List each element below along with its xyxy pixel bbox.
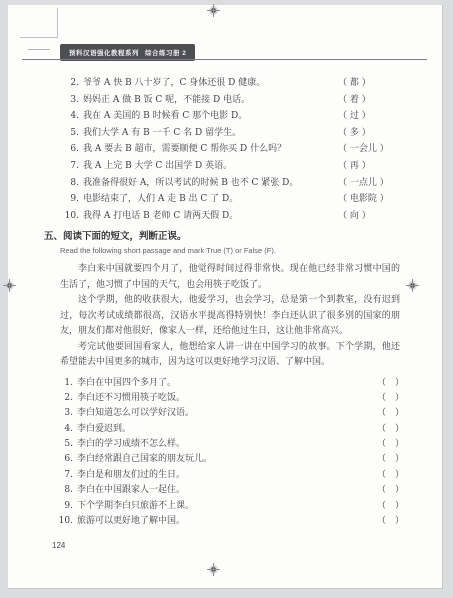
answer-blank: （ ） xyxy=(377,451,404,464)
tf-question: 1. 李白在中国四个多月了。 （ ） xyxy=(58,375,404,390)
item-number: 9. xyxy=(64,194,79,204)
question-text: 李白在中国四个多月了。 xyxy=(77,375,377,388)
question-text: 李白的学习成绩不怎么样。 xyxy=(77,436,377,449)
item-number: 3. xyxy=(64,95,79,105)
exercise-item: 3. 妈妈正 A 做 B 饭 C 呢，不能接 D 电话。 （ 着 ） xyxy=(64,92,408,109)
tf-question: 5. 李白的学习成绩不怎么样。 （ ） xyxy=(58,436,404,451)
answer-blank: （ ） xyxy=(377,498,404,511)
item-answer-word: （ 多 ） xyxy=(338,125,408,138)
item-text: 我准备得很好 A，所以考试的时候 B 也不 C 紧张 D。 xyxy=(83,175,338,188)
answer-blank: （ ） xyxy=(377,436,404,449)
item-number: 6. xyxy=(64,144,79,154)
question-number: 2. xyxy=(58,393,73,403)
item-text: 妈妈正 A 做 B 饭 C 呢，不能接 D 电话。 xyxy=(83,92,338,105)
registration-mark-right xyxy=(410,283,415,288)
item-number: 7. xyxy=(64,161,79,171)
item-answer-word: （ 一点儿 ） xyxy=(338,175,408,188)
question-text: 李白知道怎么可以学好汉语。 xyxy=(77,405,377,418)
exercise-item: 6. 我 A 要去 B 超市，需要顺便 C 帮你买 D 什么吗？ （ 一会儿 ） xyxy=(64,141,408,158)
item-number: 2. xyxy=(64,78,79,88)
tf-question: 9. 下个学期李白只旅游不上课。 （ ） xyxy=(58,498,404,513)
exercise-item: 9. 电影结束了，人们 A 走 B 出 C 了 D。 （ 电影院 ） xyxy=(64,191,408,208)
exercise-item: 4. 我在 A 美国的 B 时候看 C 那个电影 D。 （ 过 ） xyxy=(64,108,408,125)
section-title: 五、阅读下面的短文，判断正误。 xyxy=(44,228,408,242)
tf-question: 8. 李白在中国跟家人一起住。 （ ） xyxy=(58,482,404,497)
scanned-workbook-page: { "header": { "series": "预科汉语强化教程系列", "v… xyxy=(0,0,453,598)
blank-filling-exercise-list: 2. 爷爷 A 快 B 八十岁了，C 身体还很 D 健康。 （ 都 ） 3. 妈… xyxy=(64,75,408,224)
section-instruction-english: Read the following short passage and mar… xyxy=(60,246,408,255)
exercise-item: 2. 爷爷 A 快 B 八十岁了，C 身体还很 D 健康。 （ 都 ） xyxy=(64,75,408,92)
item-text: 我得 A 打电话 B 老师 C 请两天假 D。 xyxy=(83,208,338,221)
question-number: 5. xyxy=(58,439,73,449)
exercise-item: 8. 我准备得很好 A，所以考试的时候 B 也不 C 紧张 D。 （ 一点儿 ） xyxy=(64,175,408,192)
question-number: 3. xyxy=(58,408,73,418)
crop-mark-horizontal xyxy=(20,37,58,38)
question-text: 李白经常跟自己国家的朋友玩儿。 xyxy=(77,451,377,464)
question-number: 8. xyxy=(58,485,73,495)
series-title: 预科汉语强化教程系列 xyxy=(69,48,139,57)
answer-blank: （ ） xyxy=(377,482,404,495)
tf-question: 4. 李白爱迟到。 （ ） xyxy=(58,421,404,436)
answer-blank: （ ） xyxy=(377,405,404,418)
crop-mark-vertical xyxy=(57,8,58,38)
question-number: 7. xyxy=(58,470,73,480)
tf-question: 7. 李白是和朋友们过的生日。 （ ） xyxy=(58,467,404,482)
item-answer-word: （ 着 ） xyxy=(338,92,408,105)
true-false-question-list: 1. 李白在中国四个多月了。 （ ） 2. 李白还不习惯用筷子吃饭。 （ ） 3… xyxy=(58,375,404,529)
item-answer-word: （ 向 ） xyxy=(338,208,408,221)
answer-blank: （ ） xyxy=(377,390,404,403)
tf-question: 10. 旅游可以更好地了解中国。 （ ） xyxy=(58,513,404,528)
tf-question: 3. 李白知道怎么可以学好汉语。 （ ） xyxy=(58,405,404,420)
item-answer-word: （ 电影院 ） xyxy=(338,191,408,204)
registration-mark-top xyxy=(211,8,216,13)
answer-blank: （ ） xyxy=(377,467,404,480)
question-text: 旅游可以更好地了解中国。 xyxy=(77,513,377,526)
volume-title: 综合练习册 2 xyxy=(145,48,186,57)
page-number: 124 xyxy=(52,541,65,550)
question-number: 9. xyxy=(58,501,73,511)
exercise-item: 5. 我们大学 A 有 B 一千 C 名 D 留学生。 （ 多 ） xyxy=(64,125,408,142)
crop-mark-dash xyxy=(28,49,50,50)
question-text: 下个学期李白只旅游不上课。 xyxy=(77,498,377,511)
header-rule xyxy=(22,59,427,60)
passage-paragraph-2: 这个学期，他的收获很大，他爱学习，也会学习，总是第一个到教室，没有迟到过，每次考… xyxy=(60,293,400,340)
book-page: 预科汉语强化教程系列 综合练习册 2 2. 爷爷 A 快 B 八十岁了，C 身体… xyxy=(8,5,443,589)
registration-mark-bottom xyxy=(211,567,216,572)
item-text: 我们大学 A 有 B 一千 C 名 D 留学生。 xyxy=(83,125,338,138)
question-text: 李白是和朋友们过的生日。 xyxy=(77,467,377,480)
item-answer-word: （ 过 ） xyxy=(338,108,408,121)
item-number: 4. xyxy=(64,111,79,121)
answer-blank: （ ） xyxy=(377,375,404,388)
item-number: 5. xyxy=(64,128,79,138)
item-text: 爷爷 A 快 B 八十岁了，C 身体还很 D 健康。 xyxy=(83,75,338,88)
item-text: 电影结束了，人们 A 走 B 出 C 了 D。 xyxy=(83,191,338,204)
item-text: 我 A 要去 B 超市，需要顺便 C 帮你买 D 什么吗？ xyxy=(83,141,338,154)
passage-paragraph-3: 考完试他要回国看家人，他想给家人讲一讲在中国学习的故事。下个学期，他还希望能去中… xyxy=(60,340,400,371)
item-answer-word: （ 再 ） xyxy=(338,158,408,171)
exercise-item: 10. 我得 A 打电话 B 老师 C 请两天假 D。 （ 向 ） xyxy=(64,208,408,225)
item-text: 我在 A 美国的 B 时候看 C 那个电影 D。 xyxy=(83,108,338,121)
answer-blank: （ ） xyxy=(377,421,404,434)
question-text: 李白还不习惯用筷子吃饭。 xyxy=(77,390,377,403)
question-text: 李白在中国跟家人一起住。 xyxy=(77,482,377,495)
item-number: 8. xyxy=(64,178,79,188)
question-number: 10. xyxy=(58,516,73,526)
passage-paragraph-1: 李白来中国就要四个月了，他觉得时间过得非常快。现在他已经非常习惯中国的生活了，他… xyxy=(60,262,400,293)
reading-passage: 李白来中国就要四个月了，他觉得时间过得非常快。现在他已经非常习惯中国的生活了，他… xyxy=(60,262,400,371)
tf-question: 2. 李白还不习惯用筷子吃饭。 （ ） xyxy=(58,390,404,405)
section-five-reading: 五、阅读下面的短文，判断正误。 Read the following short… xyxy=(44,228,408,528)
item-answer-word: （ 都 ） xyxy=(338,75,408,88)
answer-blank: （ ） xyxy=(377,513,404,526)
question-number: 6. xyxy=(58,454,73,464)
item-answer-word: （ 一会儿 ） xyxy=(338,141,408,154)
question-number: 1. xyxy=(58,378,73,388)
item-text: 我 A 上完 B 大学 C 出国学 D 英语。 xyxy=(83,158,338,171)
question-text: 李白爱迟到。 xyxy=(77,421,377,434)
tf-question: 6. 李白经常跟自己国家的朋友玩儿。 （ ） xyxy=(58,451,404,466)
exercise-item: 7. 我 A 上完 B 大学 C 出国学 D 英语。 （ 再 ） xyxy=(64,158,408,175)
item-number: 10. xyxy=(64,211,79,221)
registration-mark-left xyxy=(7,283,12,288)
question-number: 4. xyxy=(58,424,73,434)
